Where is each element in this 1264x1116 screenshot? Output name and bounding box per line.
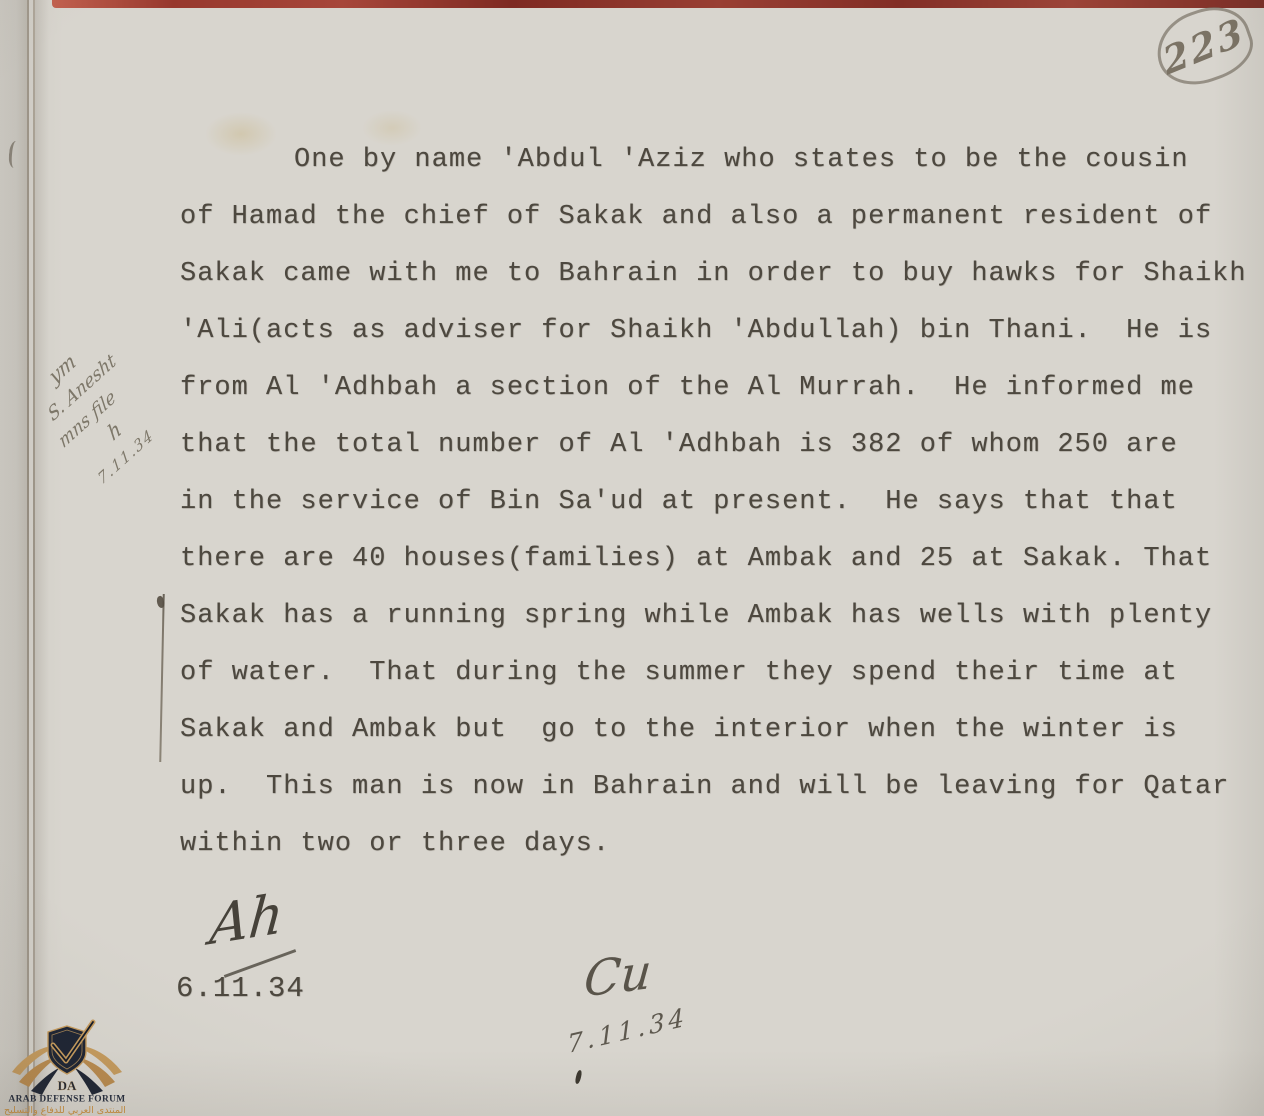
typed-line: from Al 'Adhbah a section of the Al Murr… (180, 360, 1242, 417)
scanned-document-page: 223 ym S. Anesht mns file h 7.11.34 One … (0, 0, 1264, 1116)
typed-line: Sakak has a running spring while Ambak h… (180, 588, 1242, 645)
typed-line: there are 40 houses(families) at Ambak a… (180, 531, 1242, 588)
typed-body: One by name 'Abdul 'Aziz who states to b… (180, 132, 1242, 873)
typed-line: in the service of Bin Sa'ud at present. … (180, 474, 1242, 531)
margin-pencil-line (159, 594, 165, 762)
typed-line: that the total number of Al 'Adhbah is 3… (180, 417, 1242, 474)
typed-line: 'Ali(acts as adviser for Shaikh 'Abdulla… (180, 303, 1242, 360)
typed-line: Sakak and Ambak but go to the interior w… (180, 702, 1242, 759)
handwritten-initials-left: Ah (208, 881, 287, 957)
ink-speck (574, 1070, 582, 1085)
typed-date: 6.11.34 (176, 972, 305, 1005)
typed-line: Sakak came with me to Bahrain in order t… (180, 246, 1242, 303)
folio-number-circle: 223 (1147, 0, 1261, 96)
shield-icon (48, 1022, 93, 1074)
arab-defense-forum-watermark: DA ARAB DEFENSE FORUM المنتدى العربي للد… (2, 1010, 160, 1116)
typed-line: of water. That during the summer they sp… (180, 645, 1242, 702)
logo-monogram: DA (58, 1078, 77, 1093)
typed-line: One by name 'Abdul 'Aziz who states to b… (180, 132, 1242, 189)
typed-line: within two or three days. (180, 816, 1242, 873)
folio-number: 223 (1159, 8, 1250, 83)
typed-line: up. This man is now in Bahrain and will … (180, 759, 1242, 816)
handwritten-initials-center: Cu (582, 943, 654, 1008)
handwritten-date-center: 7.11.34 (567, 1002, 689, 1059)
binding-edge-strip (52, 0, 1264, 8)
page-edge-shadow (35, 0, 49, 1116)
typed-line: of Hamad the chief of Sakak and also a p… (180, 189, 1242, 246)
logo-title: ARAB DEFENSE FORUM (8, 1095, 125, 1105)
logo-subtitle-arabic: المنتدى العربي للدفاع والتسليح (4, 1105, 126, 1116)
margin-note-line: S. Anesht (29, 271, 206, 443)
